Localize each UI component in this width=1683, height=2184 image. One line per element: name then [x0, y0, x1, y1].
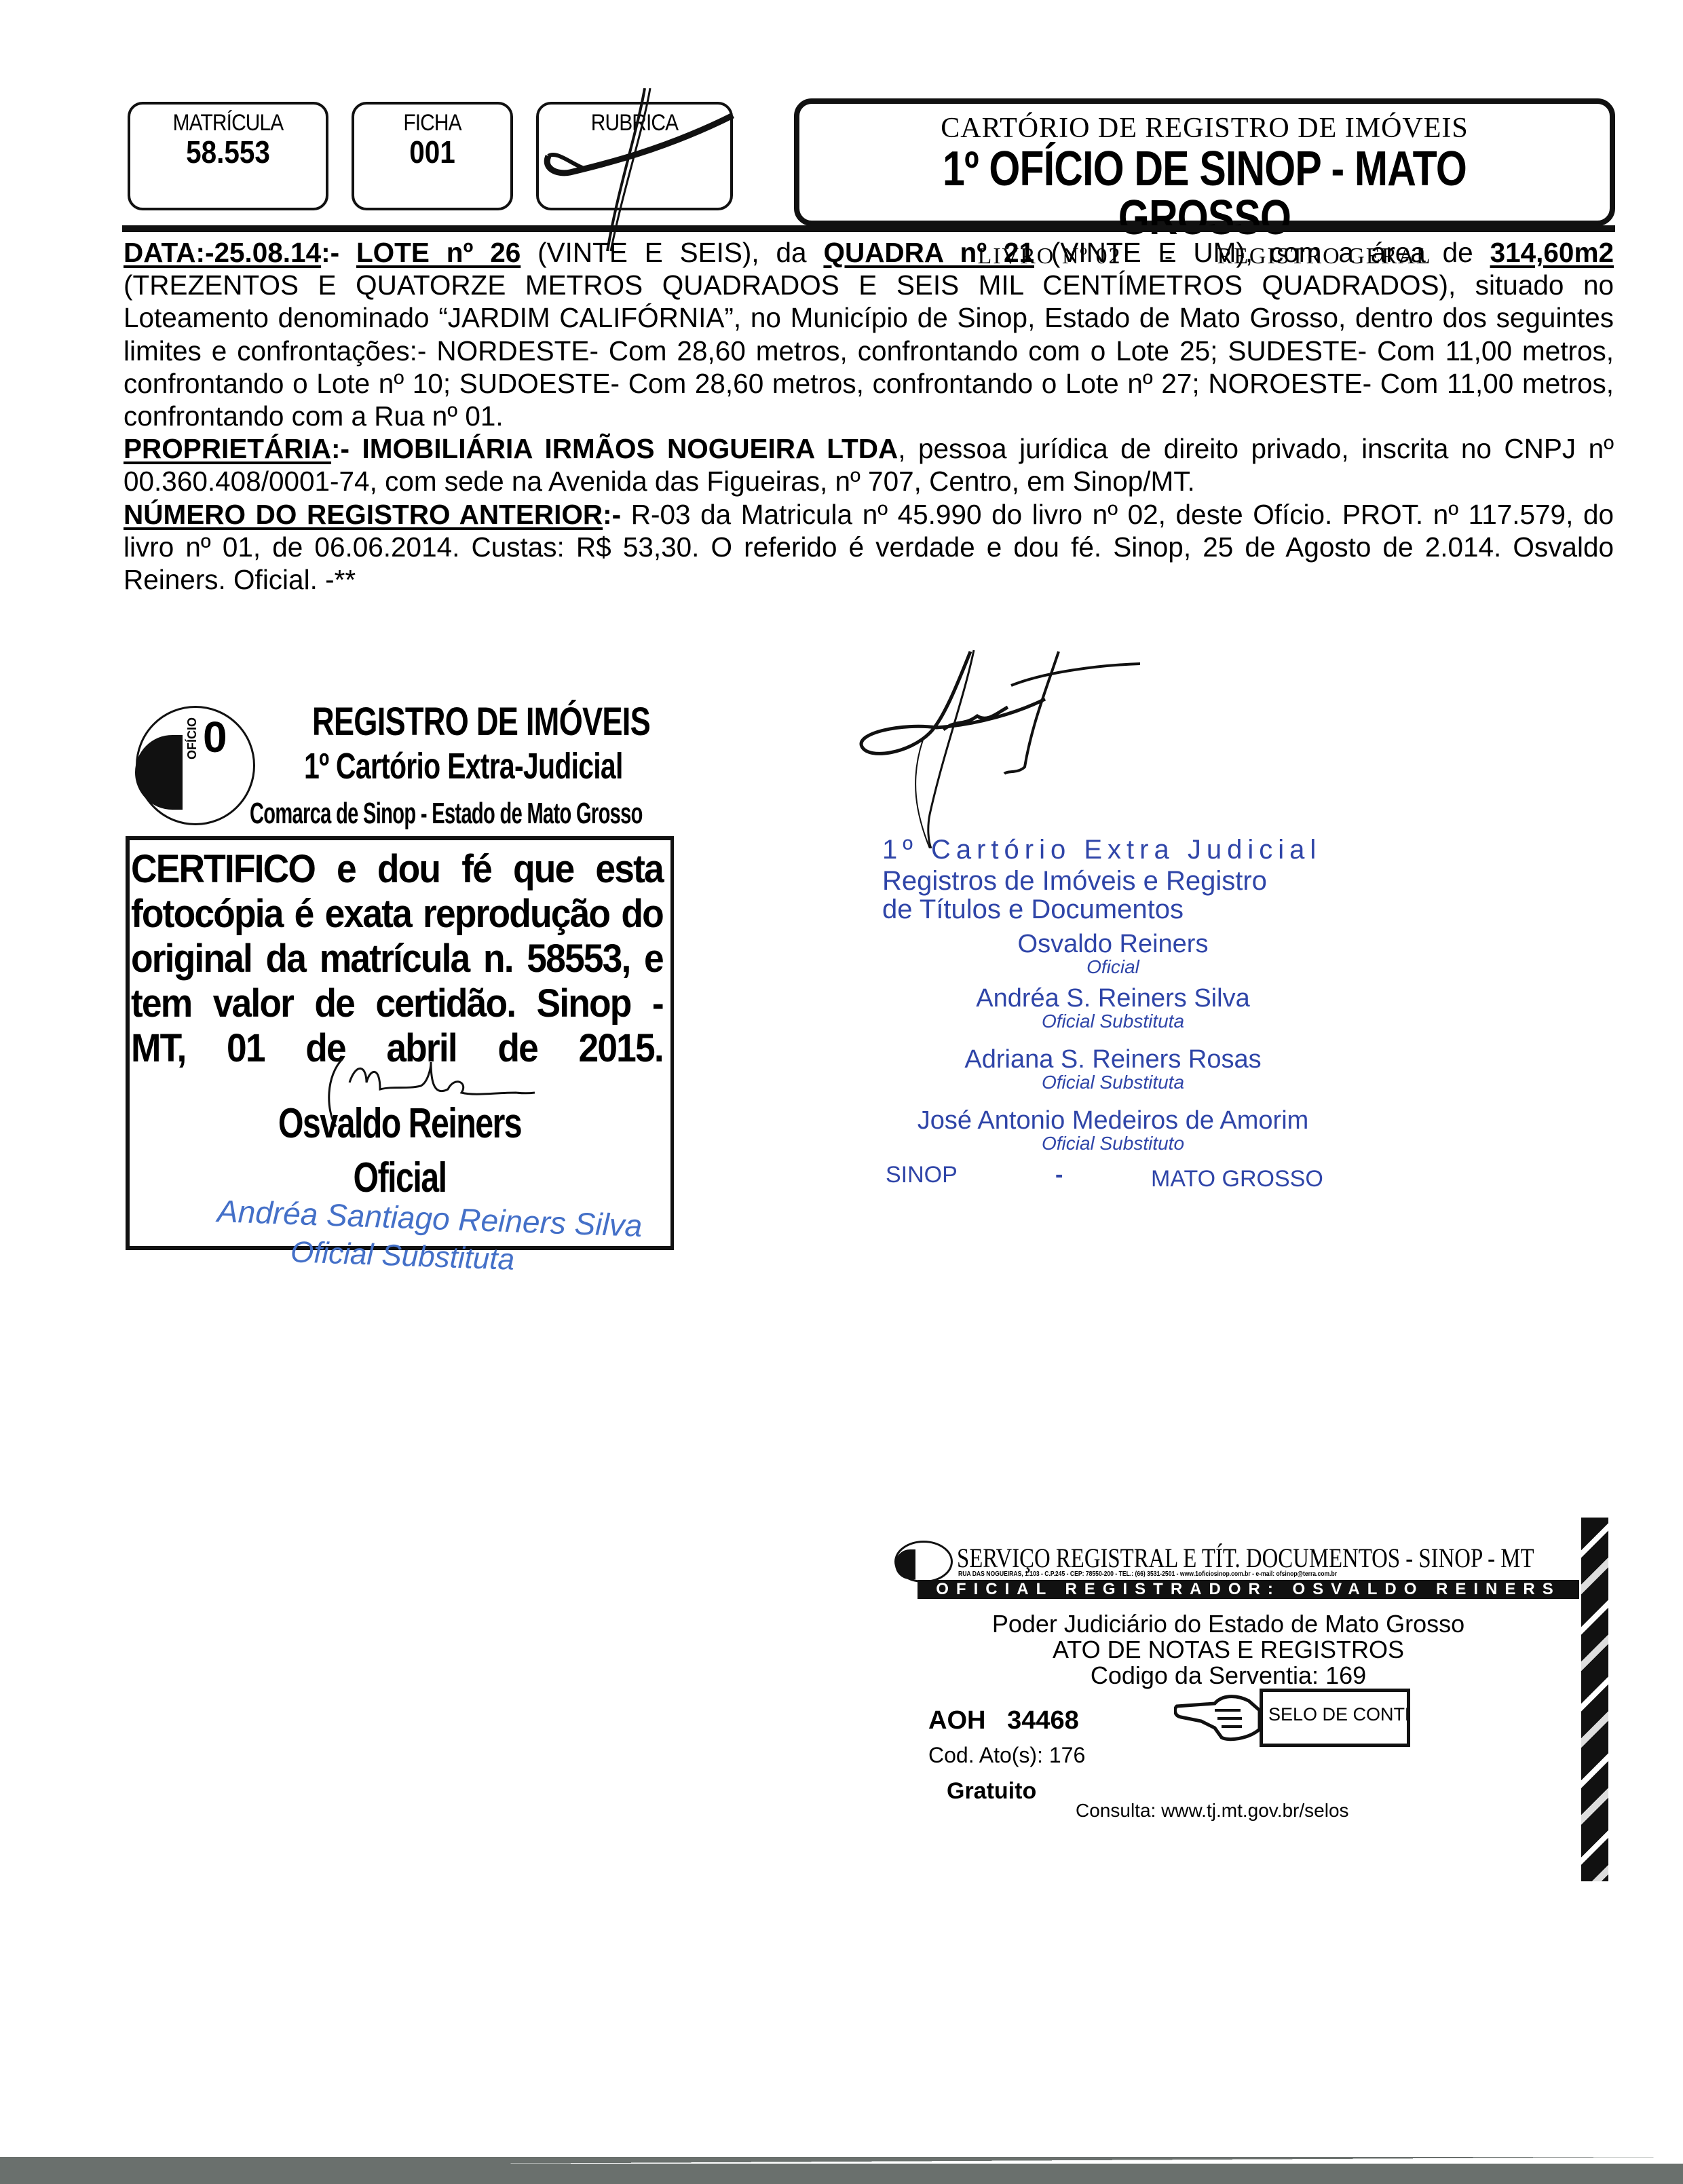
- data-label: DATA:-25.08.14: [124, 237, 321, 268]
- person-name: Adriana S. Reiners Rosas: [875, 1045, 1350, 1074]
- ficha-value: 001: [364, 134, 501, 170]
- scanner-bottom-edge: [0, 2164, 1683, 2184]
- logo-number: 0: [203, 712, 227, 762]
- right-stamp-person-2: Andréa S. Reiners Silva Oficial Substitu…: [875, 984, 1350, 1032]
- person-role: Oficial Substituta: [875, 1072, 1350, 1093]
- quadra-label: QUADRA nº 21: [823, 237, 1034, 268]
- text: (VINTE E UM), com a área de: [1034, 237, 1490, 268]
- digital-seal-box: SELO DE CONTROLE DIGITAL: [1260, 1689, 1410, 1747]
- header-rule: [122, 225, 1615, 232]
- sep: :-: [331, 433, 362, 464]
- seal-cod-ato: Cod. Ato(s): 176: [928, 1743, 1085, 1768]
- person-name: Osvaldo Reiners: [875, 930, 1350, 959]
- seal-line2: ATO DE NOTAS E REGISTROS: [923, 1636, 1534, 1664]
- area-label: 314,60m2: [1490, 237, 1614, 268]
- owner-label: PROPRIETÁRIA: [124, 433, 331, 464]
- ficha-label: FICHA: [364, 110, 501, 136]
- office-line1: CARTÓRIO DE REGISTRO DE IMÓVEIS: [799, 112, 1610, 145]
- sep: :-: [603, 499, 631, 530]
- seal-service-title: SERVIÇO REGISTRAL E TÍT. DOCUMENTOS - SI…: [957, 1542, 1534, 1574]
- previous-registry-paragraph: NÚMERO DO REGISTRO ANTERIOR:- R-03 da Ma…: [124, 498, 1614, 597]
- owner-name: IMOBILIÁRIA IRMÃOS NOGUEIRA LTDA: [362, 433, 899, 464]
- person-role: Oficial: [875, 956, 1350, 978]
- matricula-value: 58.553: [142, 134, 314, 170]
- seal-gratuito: Gratuito: [947, 1778, 1036, 1805]
- logo-text: OFÍCIO: [185, 717, 200, 759]
- stamp-title: REGISTRO DE IMÓVEIS: [312, 699, 650, 745]
- person-role: Oficial Substituto: [875, 1133, 1350, 1154]
- seal-logo-icon: [894, 1541, 953, 1583]
- right-stamp-person-3: Adriana S. Reiners Rosas Oficial Substit…: [875, 1045, 1350, 1093]
- lote-label: LOTE nº 26: [356, 237, 521, 268]
- office-title-box: CARTÓRIO DE REGISTRO DE IMÓVEIS 1º OFÍCI…: [794, 98, 1615, 226]
- matricula-box: MATRÍCULA 58.553: [128, 102, 328, 210]
- right-stamp-person-1: Osvaldo Reiners Oficial: [875, 930, 1350, 978]
- person-name: José Antonio Medeiros de Amorim: [875, 1106, 1350, 1135]
- right-stamp-city: SINOP: [886, 1162, 958, 1188]
- stamp-subtitle: 1º Cartório Extra-Judicial: [304, 745, 623, 787]
- seal-code: AOH 34468: [928, 1706, 1079, 1735]
- seal-line1: Poder Judiciário do Estado de Mato Gross…: [923, 1610, 1534, 1638]
- right-stamp-line3: de Títulos e Documentos: [882, 895, 1184, 925]
- oficio-logo-icon: OFÍCIO 0: [136, 706, 255, 825]
- previous-registry-label: NÚMERO DO REGISTRO ANTERIOR: [124, 499, 603, 530]
- sep: :-: [321, 237, 356, 268]
- officer-signature-icon: [841, 645, 1154, 848]
- right-stamp-line1: 1º Cartório Extra Judicial: [882, 835, 1321, 865]
- seal-address: RUA DAS NOGUEIRAS, 1.103 - C.P.245 - CEP…: [958, 1570, 1337, 1578]
- ficha-box: FICHA 001: [352, 102, 513, 210]
- certifier-name: Osvaldo Reiners: [186, 1099, 613, 1148]
- registrar-band: OFICIAL REGISTRADOR: OSVALDO REINERS: [918, 1580, 1579, 1599]
- right-stamp-separator: -: [1055, 1162, 1063, 1188]
- right-stamp-line2: Registros de Imóveis e Registro: [882, 866, 1350, 897]
- registry-body: DATA:-25.08.14:- LOTE nº 26 (VINTE E SEI…: [124, 236, 1614, 596]
- matricula-label: MATRÍCULA: [142, 110, 314, 136]
- text: (VINTE E SEIS), da: [521, 237, 823, 268]
- lot-description: DATA:-25.08.14:- LOTE nº 26 (VINTE E SEI…: [124, 236, 1614, 432]
- scanner-edge-strip: [1581, 1518, 1608, 1881]
- seal-consulta: Consulta: www.tj.mt.gov.br/selos: [1076, 1800, 1349, 1822]
- person-role: Oficial Substituta: [875, 1011, 1350, 1032]
- right-stamp-person-4: José Antonio Medeiros de Amorim Oficial …: [875, 1106, 1350, 1154]
- stamp-comarca: Comarca de Sinop - Estado de Mato Grosso: [250, 797, 643, 831]
- substitute-role: Oficial Substituta: [290, 1235, 515, 1277]
- pointing-hand-icon: [1174, 1690, 1262, 1744]
- person-name: Andréa S. Reiners Silva: [875, 984, 1350, 1013]
- text: (TREZENTOS E QUATORZE METROS QUADRADOS E…: [124, 269, 1614, 432]
- owner-paragraph: PROPRIETÁRIA:- IMOBILIÁRIA IRMÃOS NOGUEI…: [124, 432, 1614, 497]
- seal-line3: Codigo da Serventia: 169: [923, 1661, 1534, 1690]
- right-stamp-state: MATO GROSSO: [1151, 1166, 1323, 1192]
